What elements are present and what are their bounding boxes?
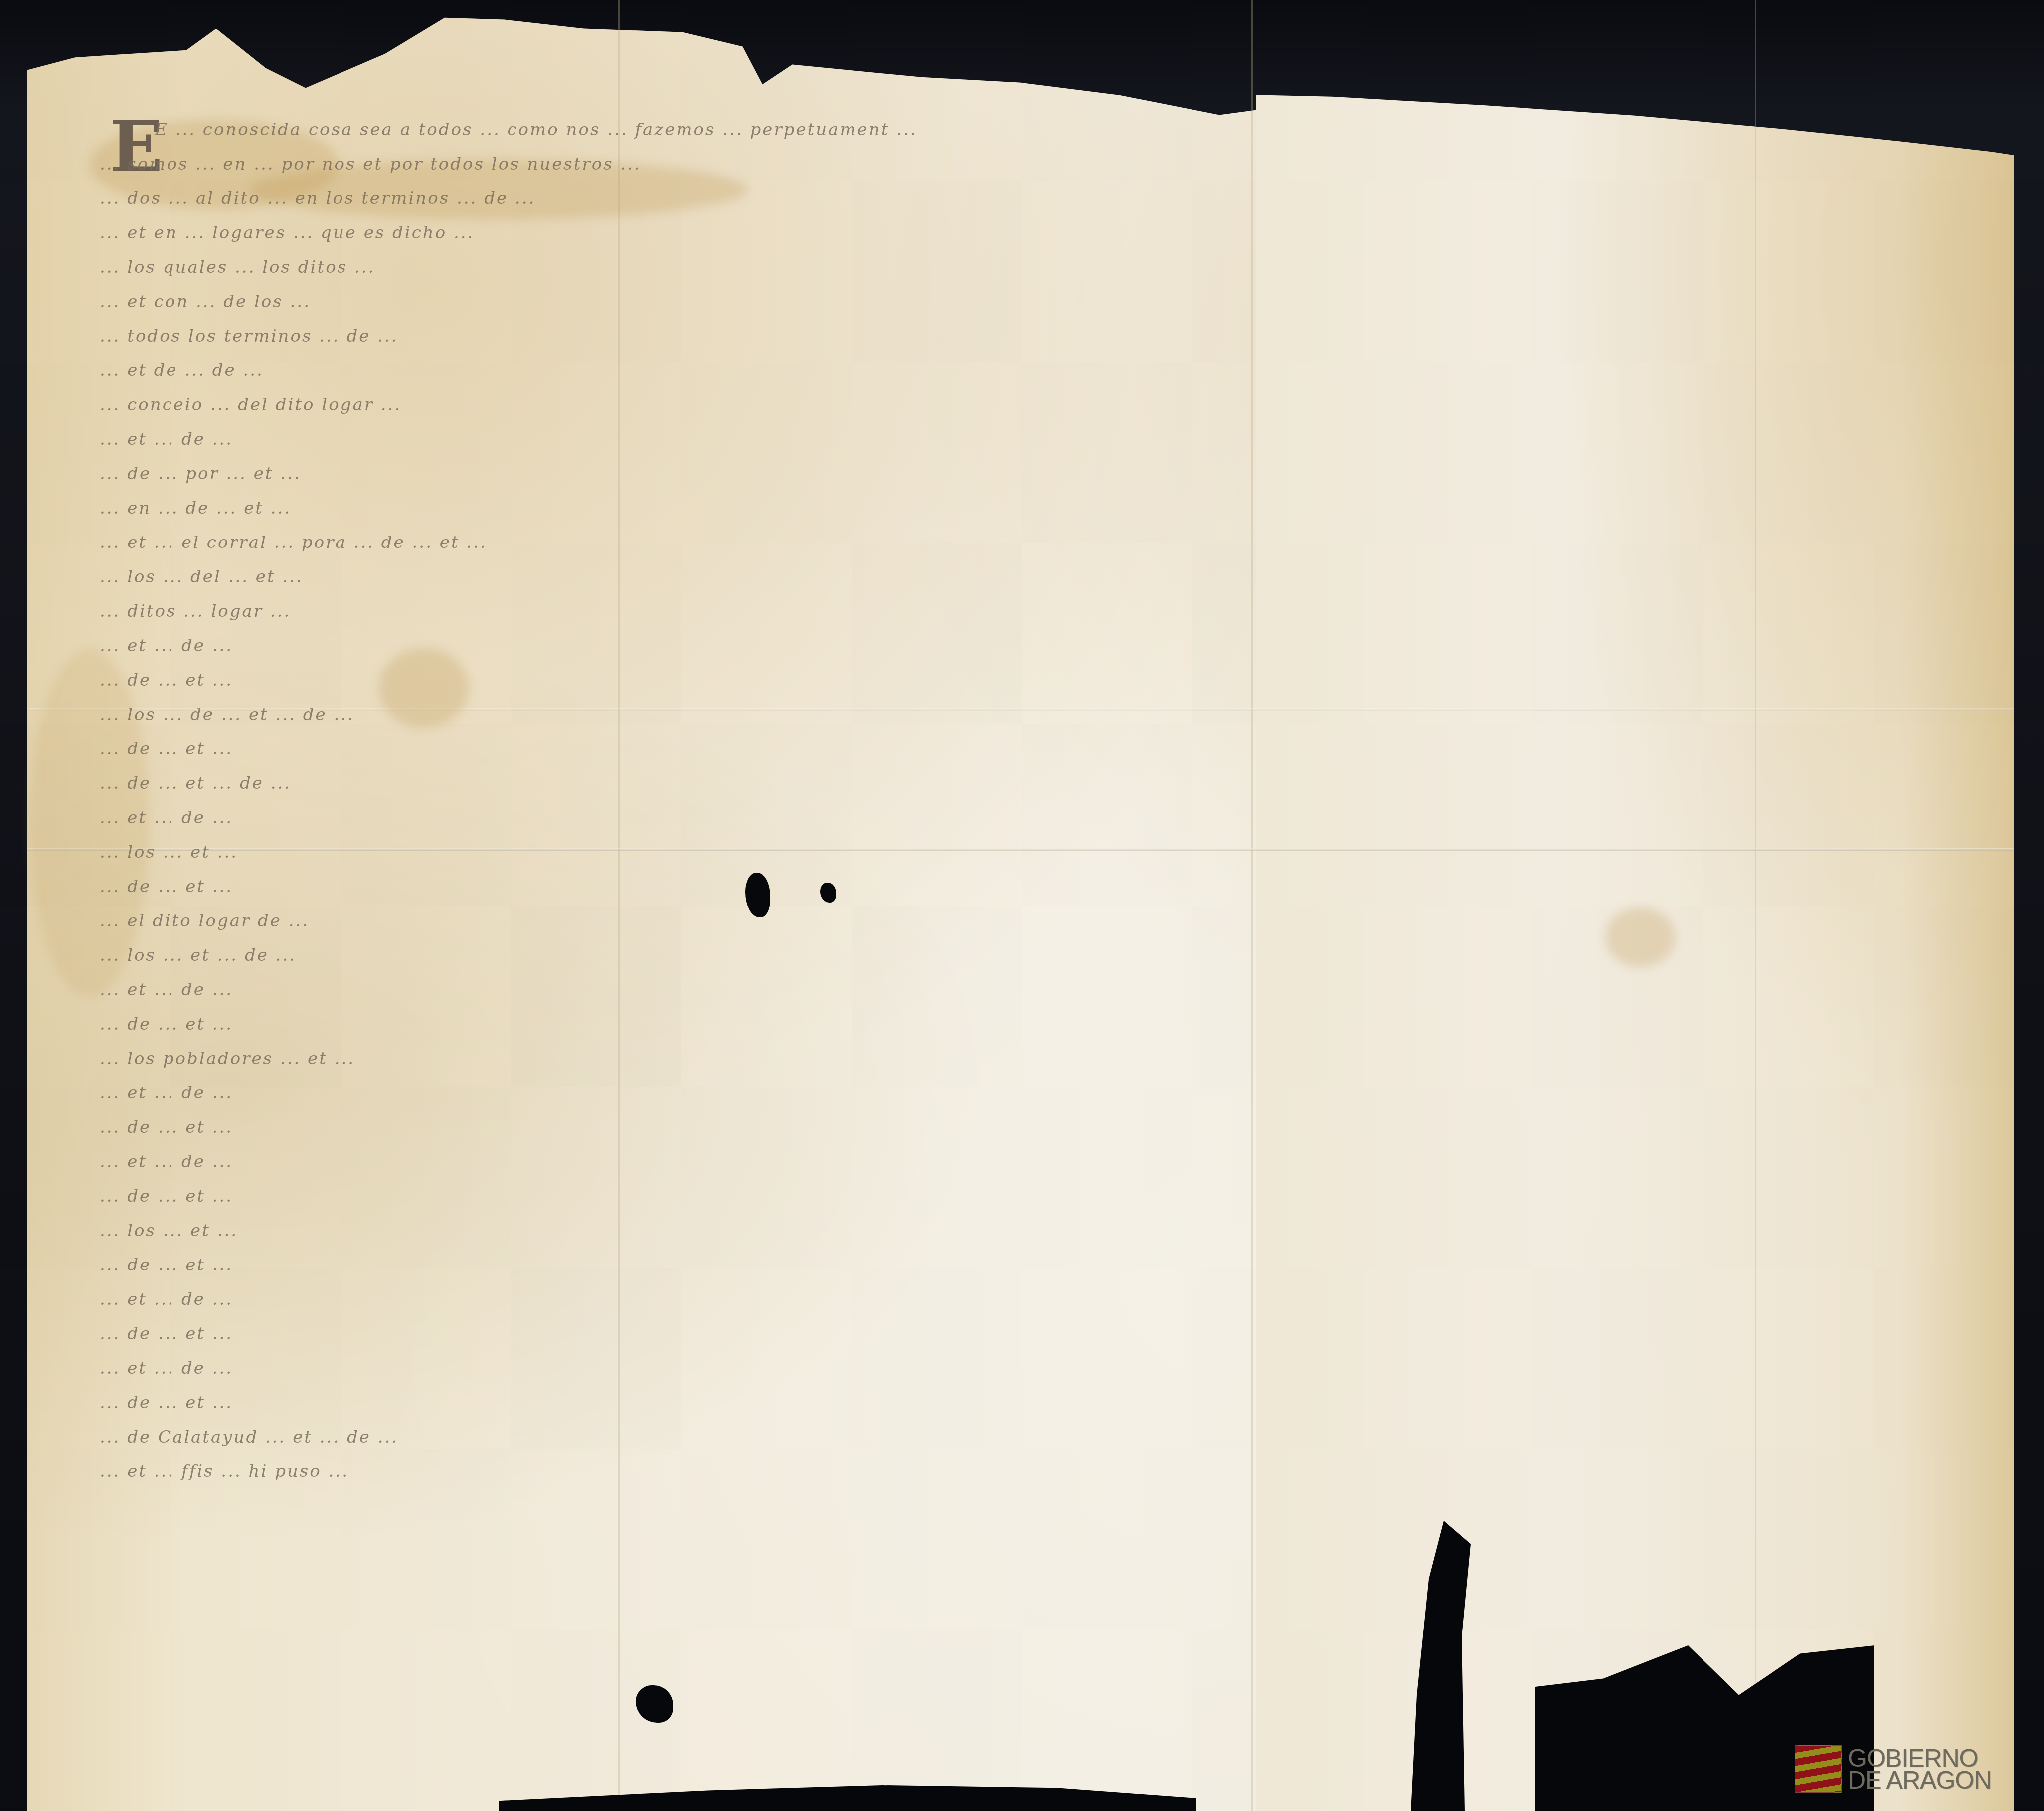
gobierno-de-aragon-watermark: GOBIERNO DE ARAGON (1795, 1745, 1991, 1793)
watermark-text: GOBIERNO DE ARAGON (1848, 1747, 1991, 1791)
manuscript-line: ... et de ... de ... (100, 361, 1954, 395)
manuscript-line: ... de ... et ... (100, 739, 1954, 773)
manuscript-line: ... en ... de ... et ... (100, 498, 1954, 533)
manuscript-line: ... et ... el corral ... pora ... de ...… (100, 533, 1954, 567)
manuscript-line: ... et ... de ... (100, 1289, 1954, 1324)
manuscript-line: ... et ... de ... (100, 808, 1954, 842)
manuscript-line: ... de ... et ... (100, 1255, 1954, 1289)
manuscript-line: ... de ... et ... (100, 1014, 1954, 1049)
manuscript-line: ... los ... de ... et ... de ... (100, 705, 1954, 739)
manuscript-line: ... et en ... logares ... que es dicho .… (100, 223, 1954, 257)
manuscript-line: ... et ... de ... (100, 1358, 1954, 1393)
manuscript-line: ... somos ... en ... por nos et por todo… (100, 154, 1954, 188)
watermark-line-1: GOBIERNO (1848, 1747, 1991, 1769)
manuscript-line: ... et ... de ... (100, 429, 1954, 464)
watermark-line-2: DE ARAGON (1848, 1769, 1991, 1791)
manuscript-line: ... conceio ... del dito logar ... (100, 395, 1954, 429)
manuscript-line: ... et ... de ... (100, 1083, 1954, 1117)
manuscript-line: ... de ... et ... (100, 1117, 1954, 1152)
manuscript-line: ... de Calatayud ... et ... de ... (100, 1427, 1954, 1461)
manuscript-line: ... todos los terminos ... de ... (100, 326, 1954, 361)
manuscript-line: ... et ... de ... (100, 1152, 1954, 1186)
manuscript-line: ... los quales ... los ditos ... (100, 257, 1954, 292)
manuscript-line: ... de ... et ... (100, 877, 1954, 911)
manuscript-line: ... et ... de ... (100, 980, 1954, 1014)
manuscript-line: ... de ... por ... et ... (100, 464, 1954, 498)
manuscript-line: ... de ... et ... (100, 1324, 1954, 1358)
manuscript-line: ... dos ... al dito ... en los terminos … (100, 188, 1954, 223)
manuscript-line: ... ditos ... logar ... (100, 601, 1954, 636)
aragon-flag-icon (1795, 1745, 1842, 1793)
manuscript-line: ... de ... et ... (100, 1186, 1954, 1221)
manuscript-text: E ... conoscida cosa sea a todos ... com… (100, 120, 1954, 1496)
manuscript-line: ... et ... ffis ... hi puso ... (100, 1461, 698, 1496)
manuscript-line: ... los ... et ... (100, 842, 1954, 877)
manuscript-line: E ... conoscida cosa sea a todos ... com… (100, 120, 1954, 154)
manuscript-line: ... el dito logar de ... (100, 911, 1954, 945)
manuscript-line: ... los ... et ... (100, 1221, 1954, 1255)
manuscript-line: ... de ... et ... (100, 1393, 1954, 1427)
manuscript-line: ... de ... et ... (100, 670, 1954, 705)
manuscript-line: ... de ... et ... de ... (100, 773, 1954, 808)
manuscript-line: ... los ... et ... de ... (100, 945, 1954, 980)
manuscript-line: ... et ... de ... (100, 636, 1954, 670)
manuscript-line: ... et con ... de los ... (100, 292, 1954, 326)
manuscript-line: ... los ... del ... et ... (100, 567, 1954, 601)
manuscript-line: ... los pobladores ... et ... (100, 1049, 1954, 1083)
